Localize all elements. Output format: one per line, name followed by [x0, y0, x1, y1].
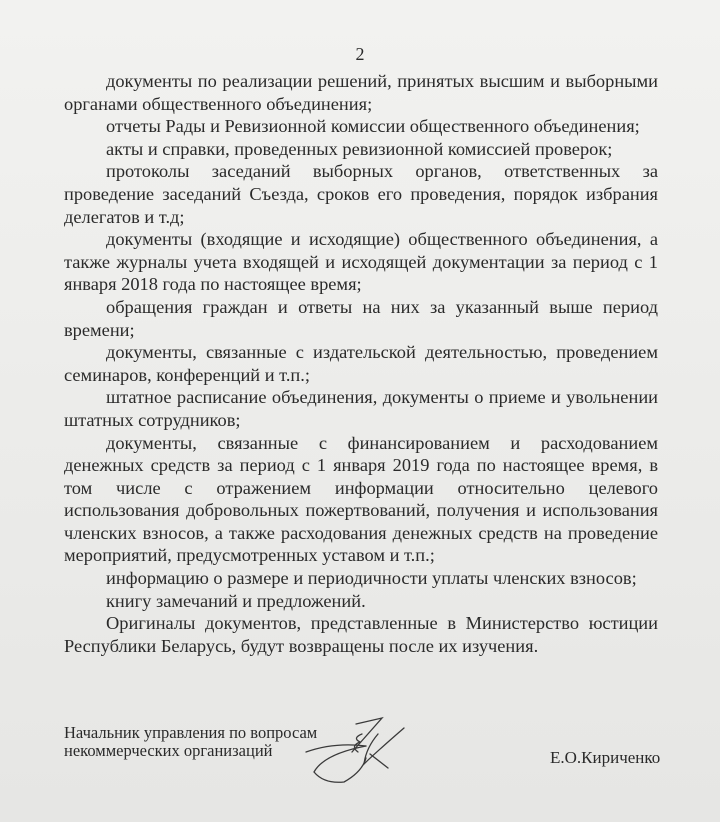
paragraph: обращения граждан и ответы на них за ука… [64, 296, 658, 341]
paragraph: документы по реализации решений, приняты… [64, 70, 658, 115]
paragraph: книгу замечаний и предложений. [64, 590, 658, 613]
signatory-name: Е.О.Кириченко [550, 748, 660, 768]
paragraph: акты и справки, проведенных ревизионной … [64, 138, 658, 161]
paragraph: штатное расписание объединения, документ… [64, 386, 658, 431]
signature-block: Начальник управления по вопросам некомме… [64, 724, 664, 794]
signatory-title-line1: Начальник управления по вопросам [64, 724, 317, 742]
paragraph: документы, связанные с издательской деят… [64, 341, 658, 386]
signatory-title: Начальник управления по вопросам некомме… [64, 724, 317, 760]
paragraph: Оригиналы документов, представленные в М… [64, 612, 658, 657]
paragraph: отчеты Рады и Ревизионной комиссии общес… [64, 115, 658, 138]
paragraph: протоколы заседаний выборных органов, от… [64, 160, 658, 228]
paragraph: документы (входящие и исходящие) обществ… [64, 228, 658, 296]
document-body: документы по реализации решений, приняты… [64, 70, 658, 657]
page-number: 2 [0, 44, 720, 65]
signatory-title-line2: некоммерческих организаций [64, 742, 317, 760]
handwritten-signature-icon [304, 712, 414, 792]
paragraph: информацию о размере и периодичности упл… [64, 567, 658, 590]
paragraph: документы, связанные с финансированием и… [64, 432, 658, 568]
